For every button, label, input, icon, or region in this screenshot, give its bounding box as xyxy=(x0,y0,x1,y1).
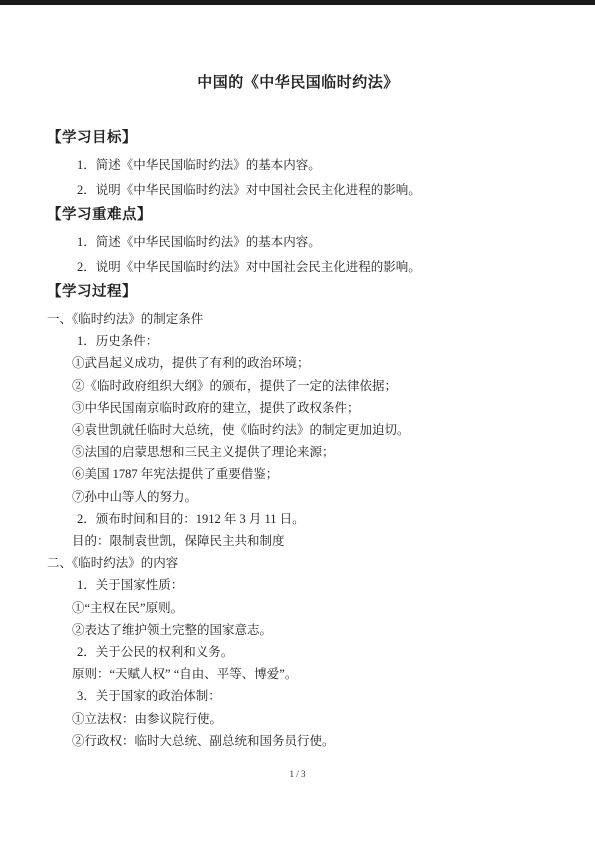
section-key-points: 【学习重难点】 1．简述《中华民国临时约法》的基本内容。 2．说明《中华民国临时… xyxy=(47,205,549,280)
outline-line: ①立法权：由参议院行使。 xyxy=(72,708,549,730)
outline-line: ①武昌起义成功，提供了有利的政治环境； xyxy=(72,352,549,374)
outline-line: 1．历史条件： xyxy=(77,330,549,352)
key-points-heading: 【学习重难点】 xyxy=(47,205,549,225)
outline-line: ①“主权在民”原则。 xyxy=(72,597,549,619)
outline-line: ②《临时政府组织大纲》的颁布，提供了一定的法律依据； xyxy=(72,375,549,397)
process-outline: 一、《临时约法》的制定条件 1．历史条件： ①武昌起义成功，提供了有利的政治环境… xyxy=(47,308,549,752)
outline-line: ②表达了维护领土完整的国家意志。 xyxy=(72,619,549,641)
process-heading: 【学习过程】 xyxy=(47,282,549,302)
document-content: 中国的《中华民国临时约法》 【学习目标】 1．简述《中华民国临时约法》的基本内容… xyxy=(0,0,595,752)
window-top-bar xyxy=(0,0,595,5)
objectives-items: 1．简述《中华民国临时约法》的基本内容。 2．说明《中华民国临时约法》对中国社会… xyxy=(47,153,549,203)
outline-line: 2．颁布时间和目的：1912 年 3 月 11 日。 xyxy=(77,508,549,530)
list-item: 2．说明《中华民国临时约法》对中国社会民主化进程的影响。 xyxy=(77,255,549,280)
outline-line: ⑥美国 1787 年宪法提供了重要借鉴； xyxy=(72,463,549,485)
document-title: 中国的《中华民国临时约法》 xyxy=(47,72,549,94)
outline-line: ⑦孙中山等人的努力。 xyxy=(72,486,549,508)
list-item: 1．简述《中华民国临时约法》的基本内容。 xyxy=(77,153,549,178)
outline-line: ⑤法国的启蒙思想和三民主义提供了理论来源； xyxy=(72,441,549,463)
list-item: 1．简述《中华民国临时约法》的基本内容。 xyxy=(77,230,549,255)
outline-line: 1．关于国家性质： xyxy=(77,574,549,596)
outline-line: ③中华民国南京临时政府的建立，提供了政权条件； xyxy=(72,397,549,419)
document-page: 中国的《中华民国临时约法》 【学习目标】 1．简述《中华民国临时约法》的基本内容… xyxy=(0,0,595,841)
outline-line: 原则：“天赋人权” “自由、平等、博爱”。 xyxy=(72,663,549,685)
objectives-heading: 【学习目标】 xyxy=(47,128,549,148)
outline-line: ②行政权：临时大总统、副总统和国务员行使。 xyxy=(72,730,549,752)
outline-line: 2．关于公民的权利和义务。 xyxy=(77,641,549,663)
key-points-items: 1．简述《中华民国临时约法》的基本内容。 2．说明《中华民国临时约法》对中国社会… xyxy=(47,230,549,280)
outline-line: 目的：限制袁世凯，保障民主共和制度 xyxy=(72,530,549,552)
outline-line: 3．关于国家的政治体制： xyxy=(77,685,549,707)
section-objectives: 【学习目标】 1．简述《中华民国临时约法》的基本内容。 2．说明《中华民国临时约… xyxy=(47,128,549,203)
outline-line: 一、《临时约法》的制定条件 xyxy=(47,308,549,330)
page-number: 1 / 3 xyxy=(0,768,595,780)
outline-line: 二、《临时约法》的内容 xyxy=(47,552,549,574)
outline-line: ④袁世凯就任临时大总统，使《临时约法》的制定更加迫切。 xyxy=(72,419,549,441)
list-item: 2．说明《中华民国临时约法》对中国社会民主化进程的影响。 xyxy=(77,178,549,203)
section-process: 【学习过程】 一、《临时约法》的制定条件 1．历史条件： ①武昌起义成功，提供了… xyxy=(47,282,549,752)
